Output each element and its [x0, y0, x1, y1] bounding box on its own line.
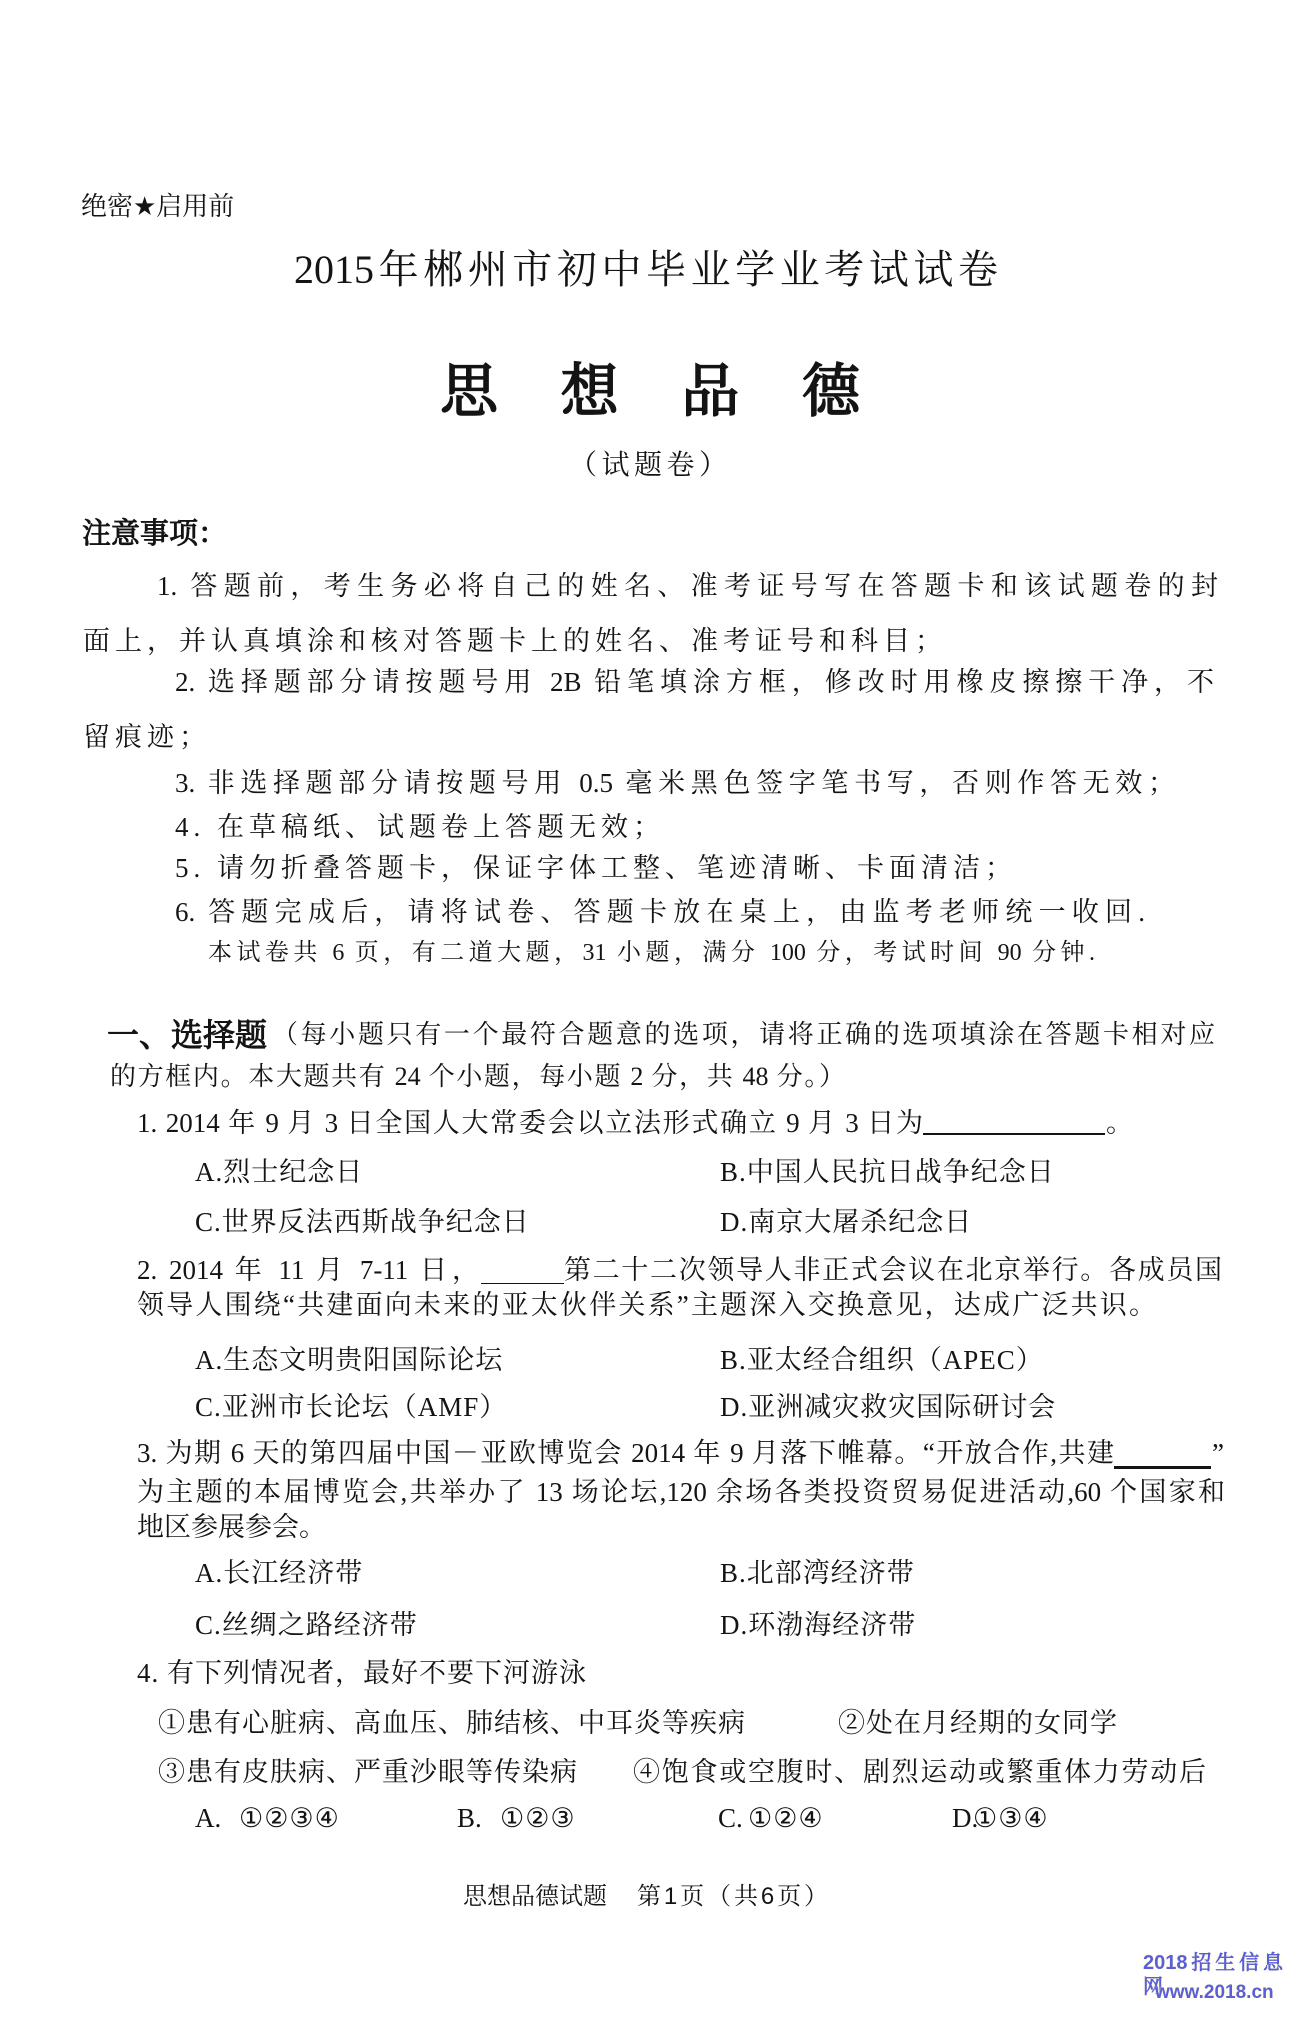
option-text: 亚洲减灾救灾国际研讨会 — [748, 1392, 1056, 1422]
exam-page: 绝密★启用前 2015年郴州市初中毕业学业考试试卷 思想品德 （试题卷） 注意事… — [0, 0, 1300, 2017]
question-3-option-c: C.丝绸之路经济带 — [195, 1605, 418, 1645]
question-2-line-1-end: 第二十二次领导人非正式会议在北京举行。各成员国 — [564, 1250, 1222, 1290]
footer-subject: 思想品德试题 — [463, 1881, 607, 1913]
question-3-line-1: 3. 为期 6 天的第四届中国－亚欧博览会 2014 年 9 月落下帷幕。“开放… — [137, 1433, 1114, 1473]
question-2-option-c: C.亚洲市长论坛（AMF） — [195, 1387, 507, 1427]
option-text: 亚洲市长论坛（AMF） — [222, 1392, 508, 1422]
option-text: 长江经济带 — [223, 1558, 363, 1588]
section-note-line-2: 的方框内。本大题共有 24 个小题，每小题 2 分，共 48 分。） — [110, 1057, 845, 1097]
question-1-option-b: B.中国人民抗日战争纪念日 — [720, 1152, 1055, 1192]
question-3-line-2: 为主题的本届博览会,共举办了 13 场论坛,120 余场各类投资贸易促进活动,6… — [137, 1472, 1225, 1512]
question-4-text: 有下列情况者，最好不要下河游泳 — [167, 1658, 587, 1688]
notice-item-3: 3. 非选择题部分请按题号用 0.5 毫米黑色签字笔书写，否则作答无效； — [175, 763, 1175, 803]
question-4-option-b-text: ①②③ — [500, 1798, 576, 1838]
notice-item-2-line-2: 留痕迹； — [83, 717, 211, 757]
option-label: C. — [195, 1392, 222, 1422]
question-4-option-a-text: ①②③④ — [239, 1798, 340, 1838]
question-1-option-d: D.南京大屠杀纪念日 — [720, 1202, 972, 1242]
notice-heading: 注意事项： — [82, 514, 227, 554]
option-text: 环渤海经济带 — [748, 1610, 916, 1640]
subject-title: 思想品德 — [440, 357, 860, 427]
question-4-option-b-label: B. — [457, 1798, 482, 1838]
notice-item-5: 5. 请勿折叠答题卡，保证字体工整、笔迹清晰、卡面清洁； — [175, 848, 1017, 888]
notice-item-6: 6. 答题完成后，请将试卷、答题卡放在桌上，由监考老师统一收回. — [175, 892, 1145, 932]
question-2-number: 2. — [137, 1255, 157, 1285]
question-1-option-c: C.世界反法西斯战争纪念日 — [195, 1202, 530, 1242]
option-label: A. — [195, 1345, 223, 1375]
option-label: B. — [720, 1558, 747, 1588]
notice-item-1-line-1: 1. 答题前，考生务必将自己的姓名、准考证号写在答题卡和该试题卷的封 — [157, 566, 1218, 606]
question-3-line-3: 地区参展参会。 — [137, 1507, 326, 1547]
section-note-line-1: （每小题只有一个最符合题意的选项，请将正确的选项填涂在答题卡相对应 — [272, 1015, 1215, 1055]
question-3-text: 为期 6 天的第四届中国－亚欧博览会 2014 年 9 月落下帷幕。“开放合作,… — [166, 1438, 1115, 1468]
question-2-option-d: D.亚洲减灾救灾国际研讨会 — [720, 1387, 1056, 1427]
question-1-text: 2014 年 9 月 3 日全国人大常委会以立法形式确立 9 月 3 日为 — [166, 1108, 923, 1138]
option-label: A. — [195, 1558, 223, 1588]
question-4-statement-2: ②处在月经期的女同学 — [838, 1703, 1118, 1743]
question-4-statement-3: ③患有皮肤病、严重沙眼等传染病 — [158, 1752, 578, 1792]
option-label: A. — [195, 1157, 223, 1187]
question-1-answer-blank — [923, 1133, 1105, 1135]
question-3-closing-quote: ” — [1212, 1433, 1224, 1473]
option-label: D. — [720, 1392, 748, 1422]
question-1-option-a: A.烈士纪念日 — [195, 1152, 363, 1192]
notice-item-2-line-1: 2. 选择题部分请按题号用 2B 铅笔填涂方框，修改时用橡皮擦擦干净，不 — [175, 662, 1214, 702]
question-3-option-b: B.北部湾经济带 — [720, 1553, 915, 1593]
question-4-stem: 4. 有下列情况者，最好不要下河游泳 — [137, 1653, 587, 1693]
question-3-option-d: D.环渤海经济带 — [720, 1605, 916, 1645]
question-4-number: 4. — [137, 1658, 159, 1688]
footer-page-number: 第1页（共6页） — [637, 1881, 828, 1913]
question-2-text: 2014 年 11 月 7-11 日， — [169, 1255, 479, 1285]
question-2-option-a: A.生态文明贵阳国际论坛 — [195, 1340, 503, 1380]
question-3-option-a: A.长江经济带 — [195, 1553, 363, 1593]
question-1-number: 1. — [137, 1108, 157, 1138]
question-1-line-1: 1. 2014 年 9 月 3 日全国人大常委会以立法形式确立 9 月 3 日为 — [137, 1103, 923, 1143]
question-2-option-b: B.亚太经合组织（APEC） — [720, 1340, 1044, 1380]
question-2-line-2: 领导人围绕“共建面向未来的亚太伙伴关系”主题深入交换意见，达成广泛共识。 — [137, 1285, 1156, 1325]
secret-label: 绝密★启用前 — [81, 188, 234, 224]
question-3-number: 3. — [137, 1438, 157, 1468]
option-label: D. — [720, 1610, 748, 1640]
notice-item-1-line-2: 面上，并认真填涂和核对答题卡上的姓名、准考证号和科目； — [83, 621, 947, 661]
exam-title: 2015年郴州市初中毕业学业考试试卷 — [294, 242, 998, 298]
option-text: 丝绸之路经济带 — [222, 1610, 418, 1640]
option-text: 世界反法西斯战争纪念日 — [222, 1207, 530, 1237]
question-4-option-a-label: A. — [195, 1798, 221, 1838]
watermark-site-url: www.2018.cn — [1155, 1982, 1275, 2004]
option-text: 生态文明贵阳国际论坛 — [223, 1345, 503, 1375]
question-4-statement-1: ①患有心脏病、高血压、肺结核、中耳炎等疾病 — [158, 1703, 746, 1743]
option-label: B. — [720, 1345, 747, 1375]
question-2-answer-blank — [481, 1283, 564, 1284]
section-title: 一、选择题 — [107, 1015, 267, 1055]
option-text: 亚太经合组织（APEC） — [747, 1345, 1044, 1375]
option-text: 北部湾经济带 — [747, 1558, 915, 1588]
option-label: D. — [720, 1207, 748, 1237]
question-4-option-d-text: ①③④ — [973, 1798, 1049, 1838]
option-label: C. — [195, 1610, 222, 1640]
watermark-site-name: 2018招生信息网 — [1143, 1951, 1283, 1975]
option-text: 南京大屠杀纪念日 — [748, 1207, 972, 1237]
option-label: C. — [195, 1207, 222, 1237]
question-4-option-c-text: ①②④ — [748, 1798, 824, 1838]
question-1-text-end: 。 — [1106, 1103, 1133, 1143]
question-4-option-c-label: C. — [718, 1798, 743, 1838]
exam-summary: 本试卷共 6 页，有二道大题，31 小题，满分 100 分，考试时间 90 分钟… — [208, 933, 1095, 973]
option-text: 烈士纪念日 — [223, 1157, 363, 1187]
question-4-statement-4: ④饱食或空腹时、剧烈运动或繁重体力劳动后 — [633, 1752, 1206, 1792]
notice-item-4: 4. 在草稿纸、试题卷上答题无效； — [175, 807, 665, 847]
option-text: 中国人民抗日战争纪念日 — [747, 1157, 1055, 1187]
question-3-answer-blank — [1114, 1466, 1211, 1469]
paper-type: （试题卷） — [569, 445, 727, 485]
question-2-line-1-start: 2. 2014 年 11 月 7-11 日， — [137, 1250, 479, 1290]
option-label: B. — [720, 1157, 747, 1187]
